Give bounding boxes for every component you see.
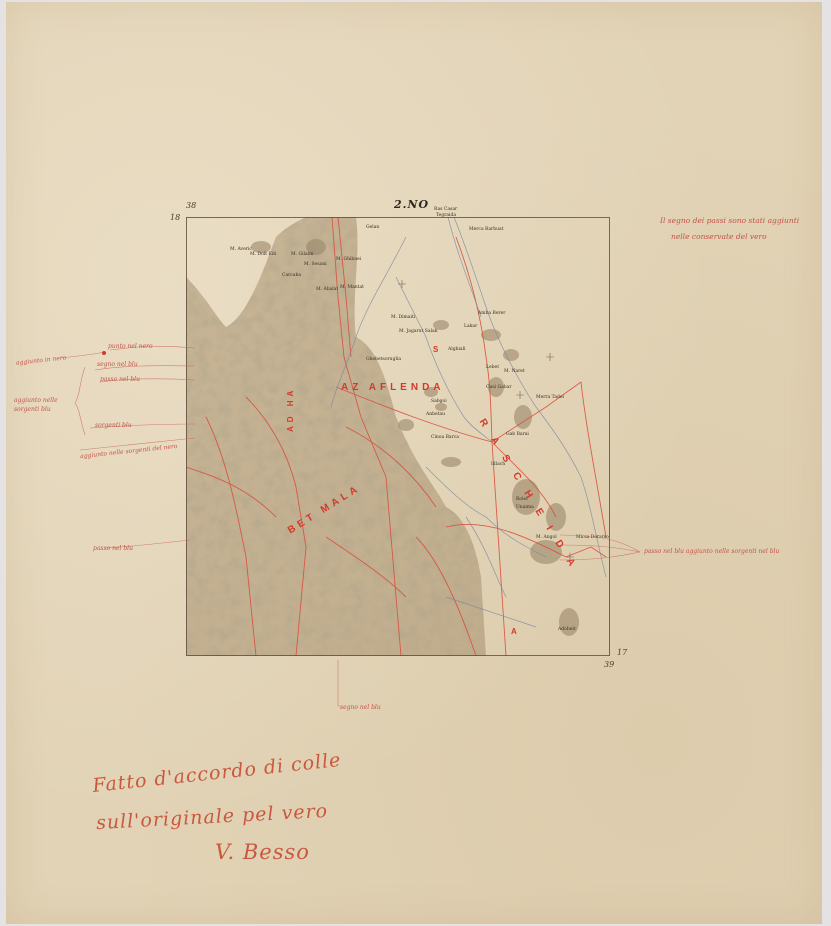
annotation-left-2-pointer-2: passo nel blu bbox=[100, 376, 140, 383]
annotation-top-right-line2: nelle conservate del vero bbox=[671, 232, 767, 241]
annotation-left-2-pointer-3: sorgenti blu bbox=[95, 422, 132, 429]
annotation-left-4: passo nel blu bbox=[93, 545, 133, 552]
annotation-left-2-pointer-1: segno nel blu bbox=[97, 361, 138, 368]
annotation-bottom: segno nel blu bbox=[340, 704, 381, 711]
annotation-top-right-line1: Il segno dei passi sono stati aggiunti bbox=[660, 216, 799, 225]
signature: V. Besso bbox=[215, 840, 310, 864]
annotation-left-2: aggiunto nelle sorgenti blu bbox=[14, 396, 74, 414]
annotation-left-1-pointer: punto nel nero bbox=[108, 343, 153, 350]
annotation-right: passo nel blu aggiunto nelle sorgenti ne… bbox=[644, 548, 779, 555]
